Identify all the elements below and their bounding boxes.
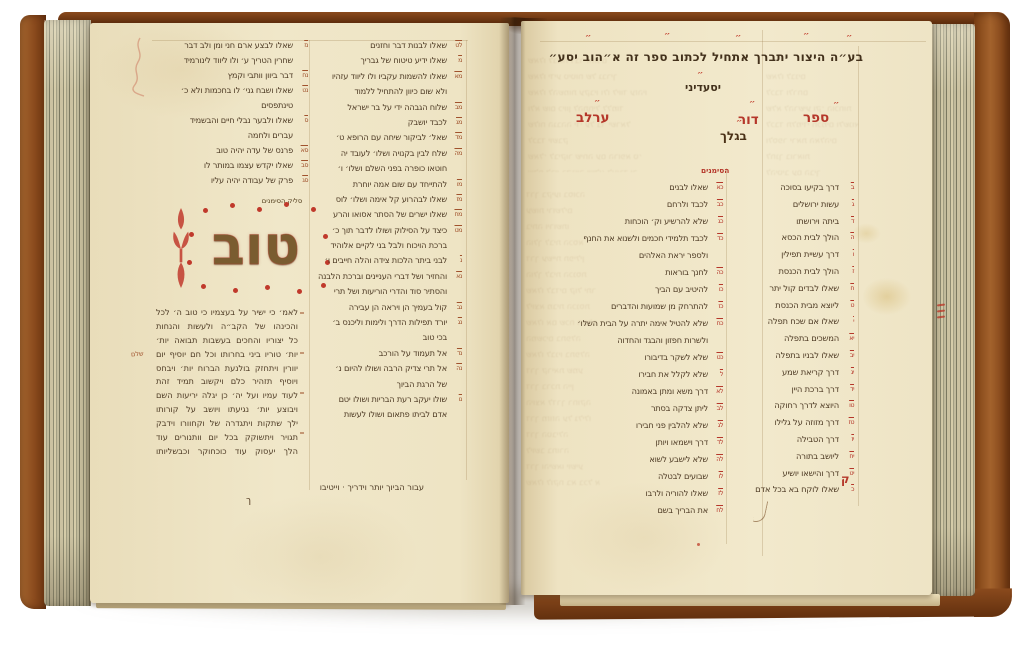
entry-text: פרק של עבודה יהיה עליו <box>211 175 293 185</box>
entry-text: שלוח הגבהה ידי על בר ישראל <box>347 102 447 112</box>
entry-numeral: ב <box>851 183 854 191</box>
entry-text: שאלו לבצע ארם חני ומן ולב דבר <box>184 40 293 50</box>
entry-text: שלא לשקר בדיבורו <box>644 352 708 362</box>
index-entry: לט שאלו לבנות דבר וחזנים <box>312 40 462 55</box>
index-entry: יח ליושב בתורה <box>760 451 854 468</box>
index-entry: כח שלא להטיל אימה יתרה על הבית השלו׳ <box>597 318 723 335</box>
entry-numeral: סב <box>301 161 308 169</box>
ruling-line <box>466 40 467 480</box>
index-entry: נב קול בעמיך הן ויראה הן עבירה <box>312 302 462 317</box>
index-entry: נא והחזיר ושל דברי העניינים וברכת הלבנה <box>312 271 462 286</box>
index-entry: ס שאלו ולבער נבלי חיים והבשמיד <box>156 115 308 130</box>
index-entry: אדם לביתו פתאום ושולו לעשות <box>312 409 462 424</box>
entry-text: שאלו להשמות עקביו ולו ליווד עזהיו <box>332 71 447 81</box>
entry-numeral: כב <box>717 200 723 208</box>
index-entry: מ שאלו ידיע טיטוח של גבריך <box>312 55 462 70</box>
index-entry: והסתיר סוד והדרי הוריעות ושל תרי <box>312 286 462 301</box>
paragraph-line: יות׳ טוריו ביני בחרותו וכל חם יוסיף יום <box>156 348 298 362</box>
index-entry: נה אל תרי צדיק הרבה ושולו להיום נ׳ <box>312 363 462 378</box>
entry-numeral: טו <box>849 401 854 409</box>
leather-cover-left <box>20 15 46 609</box>
index-entry: כז להתרחק מן שמועות והדברים <box>597 301 723 318</box>
entry-text: טינתפסים <box>261 100 293 110</box>
gutter-shadow <box>499 17 527 605</box>
paragraph-line: לאמ׳ כי ישיר על בעצמיו כי טוב ה׳ לכל על <box>156 306 298 320</box>
entry-text: לבני ביתר הלכות צידה והלה חייבים ו׳ <box>325 255 447 265</box>
title-word-below: בגלך <box>720 129 747 143</box>
entry-text: דרך עשיית תפילין <box>781 249 839 259</box>
index-entry: כו להיטיב עם הביך <box>597 284 723 301</box>
index-entry: סג פרק של עבודה יהיה עליו <box>156 175 308 190</box>
index-entry: נט שאלו ושבח גני׳ לו בחכמות ולא כ׳ <box>156 85 308 100</box>
entry-text: שולו יעקב רעת הבריות ושולו יטם <box>339 394 447 404</box>
entry-text: שאלו ושבח גני׳ לו בחכמות ולא כ׳ <box>181 85 293 95</box>
index-entry: נ לבני ביתר הלכות צידה והלה חייבים ו׳ <box>312 255 462 270</box>
end-numeral: ק <box>841 472 849 486</box>
index-entry: ח שאלו לבדים קול יתר <box>760 283 854 300</box>
index-entry: של הרגת הביוך <box>312 379 462 394</box>
entry-text: ולא שום כיוון להתחיל ללמוד <box>354 86 447 96</box>
entry-text: שאלו לבניו בתפלה <box>775 350 839 360</box>
section-label-hasimanim: הסימנים <box>701 166 729 175</box>
left-page-inner-column-list: לט שאלו לבנות דבר וחזנים מ שאלו ידיע טיט… <box>312 40 462 425</box>
index-entry: נג יורד תפילות הדרך ולימות וליכנס ב׳ <box>312 317 462 332</box>
index-entry: נד אל תעמוד על הורכב <box>312 348 462 363</box>
gershayim-mark: ״ <box>736 119 742 127</box>
index-entry: טו היוצא לדרך רחוקה <box>760 400 854 417</box>
entry-text: אל תעמוד על הורכב <box>379 348 447 358</box>
entry-numeral: כג <box>718 217 723 225</box>
entry-text: ולספר יראת האלהים <box>639 250 708 260</box>
entry-numeral: נו <box>459 395 462 403</box>
entry-numeral: כה <box>716 268 723 276</box>
entry-text: כיצד על הסילוק ושולו לדבר תוך כ׳ <box>332 225 447 235</box>
entry-numeral: ג <box>852 200 854 208</box>
entry-numeral: נ <box>460 256 462 264</box>
entry-numeral: מח <box>454 210 462 218</box>
index-entry: נו שולו יעקב רעת הבריות ושולו יטם <box>312 394 462 409</box>
entry-text: שלא להטיל אימה יתרה על הבית השלו׳ <box>577 318 708 328</box>
entry-text: של הרגת הביוך <box>397 379 447 389</box>
entry-text: דרך והישאו יושיע <box>782 468 839 478</box>
index-entry: ה הולך לבית הכסא <box>760 232 854 249</box>
entry-text: יורד תפילות הדרך ולימות וליכנס ב׳ <box>332 317 447 327</box>
entry-text: היוצא לדרך רחוקה <box>774 400 839 410</box>
index-entry: ברכת הויכוח ולבל בני לקיים אלוהיד <box>312 240 462 255</box>
entry-numeral: נז <box>304 41 308 49</box>
title-word-left: ערלב <box>576 110 610 126</box>
entry-numeral: מג <box>456 118 462 126</box>
entry-numeral: מא <box>454 72 462 80</box>
paragraph-line: תגויר ויתשוקק בכל יום וותנורים עוד ביוספ… <box>156 431 298 445</box>
entry-text: שאלו לבדים קול יתר <box>769 283 839 293</box>
page-stack-under-right <box>560 594 940 606</box>
index-entry: סב שאלו יקדש עצמו במותר לו <box>156 160 308 175</box>
index-entry: יז דרך הטבילה <box>760 434 854 451</box>
index-entry: לג שלא להלבין פני חבירו <box>597 420 723 437</box>
entry-text: לחנך בוראות <box>665 267 708 277</box>
index-entry: לו שבועים לבטלה <box>597 471 723 488</box>
entry-numeral: מט <box>455 226 463 234</box>
scribal-invocation-line: בע״ה היצור יתברך אתחיל לכתוב ספר זה א״הו… <box>540 50 872 64</box>
catchword: ך <box>246 495 251 506</box>
gershayim-mark: ״ <box>585 34 591 42</box>
index-entry: שחרין הטריך ע׳ ולו ליווד לינורמיד <box>156 55 308 70</box>
index-entry: נז שאלו לבצע ארם חני ומן ולב דבר <box>156 40 308 55</box>
left-page-outer-column-list: נז שאלו לבצע ארם חני ומן ולב דבר שחרין ה… <box>156 40 308 190</box>
entry-text: פרנס של עדה יהיה טוב <box>216 145 293 155</box>
entry-text: שאלו לבנים <box>669 182 708 192</box>
entry-numeral: מה <box>454 149 462 157</box>
entry-text: שבועים לבטלה <box>658 471 708 481</box>
entry-numeral: כד <box>717 234 723 242</box>
ruling-line <box>540 41 926 42</box>
index-entry: חוטאו כופרה בפני השלם ושלו׳ ו׳ <box>312 163 462 178</box>
entry-text: ברכת הויכוח ולבל בני לקיים אלוהיד <box>331 240 447 250</box>
entry-text: ולשרות חפזון והבגד והחדוה <box>617 335 708 345</box>
index-entry: ל שלא לקלל את חבירו <box>597 369 723 386</box>
entry-numeral: טז <box>849 418 854 426</box>
invocation-second-word: יסעדיני <box>648 81 758 94</box>
entry-text: שאלו לבהרוע קל אימה ושלו׳ לוס <box>336 194 447 204</box>
gershayim-mark: ״ <box>664 32 670 40</box>
index-entry: מח שאלו ישרים של הסתר אסואו והרע <box>312 209 462 224</box>
ruling-line <box>726 168 727 544</box>
index-entry: מו להתייחד עם שום אמה יוחרת <box>312 179 462 194</box>
entry-numeral: כא <box>716 183 723 191</box>
left-page-paragraph: לאמ׳ כי ישיר על בעצמיו כי טוב ה׳ לכל עלו… <box>156 306 298 459</box>
entry-numeral: מב <box>455 103 462 111</box>
entry-text: ביתה וירושתו <box>796 216 839 226</box>
entry-numeral: יב <box>850 351 854 359</box>
entry-numeral: ס <box>304 116 308 124</box>
index-entry: בכי טוב <box>312 332 462 347</box>
entry-text: ליתן צדקה בסתר <box>651 403 708 413</box>
entry-numeral: לג <box>718 421 723 429</box>
index-entry: מא שאלו להשמות עקביו ולו ליווד עזהיו <box>312 71 462 86</box>
red-ornament-dots <box>186 205 189 208</box>
index-entry: יב שאלו לבניו בתפלה <box>760 350 854 367</box>
entry-text: דרך הטבילה <box>797 434 839 444</box>
index-entry: ו דרך עשיית תפילין <box>760 249 854 266</box>
margin-note: שלם <box>131 350 144 359</box>
index-entry: ב דרך בקיעו בסוכה <box>760 182 854 199</box>
entry-numeral: נט <box>302 86 308 94</box>
entry-numeral: כ <box>851 485 854 493</box>
entry-numeral: מ <box>458 56 462 64</box>
ruling-line <box>858 46 859 506</box>
entry-numeral: ה <box>850 233 854 241</box>
leather-cover-right <box>974 13 1010 617</box>
entry-text: לכבד ולרחם <box>667 199 708 209</box>
decorated-initial-box: טוב <box>186 205 326 291</box>
entry-text: את הבריך בשם <box>657 505 708 515</box>
index-entry: סא פרנס של עדה יהיה טוב <box>156 145 308 160</box>
entry-text: להתייחד עם שום אמה יוחרת <box>353 179 447 189</box>
entry-text: בכי טוב <box>423 332 447 342</box>
entry-text: חוטאו כופרה בפני השלם ושלו׳ ו׳ <box>338 163 447 173</box>
entry-numeral: לא <box>716 387 723 395</box>
entry-numeral: כו <box>719 285 723 293</box>
gershayim-mark: ״ <box>749 100 755 108</box>
entry-numeral: לה <box>716 455 723 463</box>
entry-text: שאלו יקדש עצמו במותר לו <box>204 160 293 170</box>
entry-numeral: נג <box>458 318 462 326</box>
entry-numeral: יז <box>851 435 854 443</box>
entry-numeral: נח <box>302 71 308 79</box>
index-entry: ד ביתה וירושתו <box>760 216 854 233</box>
index-entry: כד לכבד תלמידי חכמים ולשנוא את החנף <box>597 233 723 250</box>
index-entry: ז הולך לבית הכנסת <box>760 266 854 283</box>
entry-text: שלא להרשיע וק׳ הוכחות <box>625 216 708 226</box>
index-entry: נח דבר ביוון וותבי וקמץ <box>156 70 308 85</box>
entry-numeral: ד <box>851 217 854 225</box>
index-entry: ט ליוצא מבית הכנסת <box>760 300 854 317</box>
index-entry: י שאלו אם שכח תפלה <box>760 316 854 333</box>
index-entry: יט דרך והישאו יושיע <box>760 468 854 485</box>
index-entry: מז שאלו לבהרוע קל אימה ושלו׳ לוס <box>312 194 462 209</box>
index-entry: טז דרך מזוזה על גלילו <box>760 417 854 434</box>
entry-text: דבר ביוון וותבי וקמץ <box>228 70 293 80</box>
entry-numeral: לד <box>717 438 723 446</box>
entry-text: דרך משא ומתן באמונה <box>632 386 708 396</box>
entry-numeral: ט <box>850 301 854 309</box>
index-entry: טינתפסים <box>156 100 308 115</box>
entry-text: לכבד יושבק <box>408 117 447 127</box>
entry-numeral: ז <box>852 267 854 275</box>
paragraph-line: יוורין ויתחזק בולנעת הברוח יות׳ ויבחס יו… <box>156 362 298 376</box>
entry-text: שאל׳ לביקור שיחה עם הרופא ט׳ <box>336 132 447 142</box>
index-entry: ג עשות ירושלים <box>760 199 854 216</box>
closing-line: עבור הביוך יותר וידריך · וייטיבו <box>232 482 424 492</box>
entry-text: דרך וישמאו ויותן <box>655 437 708 447</box>
manuscript-photo: נז שאלו לבצע ארם חני ומן ולב דבר שחרין ה… <box>0 0 1024 648</box>
gershayim-mark: ״ <box>735 34 741 42</box>
index-entry: מג לכבד יושבק <box>312 117 462 132</box>
entry-numeral: ו <box>853 250 854 258</box>
entry-text: שאלו להוריה ולרבו <box>646 488 708 498</box>
paragraph-line: לעוד עמיו ועל יה׳ כן יגלה יריעות השם <box>156 389 298 403</box>
decorated-initial-word: טוב <box>186 205 326 287</box>
index-entry: ולא שום כיוון להתחיל ללמוד <box>312 86 462 101</box>
index-entry: לה שלא לישבע לשוא <box>597 454 723 471</box>
entry-numeral: י <box>853 317 854 325</box>
entry-numeral: יד <box>850 385 854 393</box>
page-edges-left <box>44 20 91 606</box>
entry-text: אדם לביתו פתאום ושולו לעשות <box>344 409 447 419</box>
index-entry: יד דרך ברכת היין <box>760 384 854 401</box>
entry-text: שאלו ולבער נבלי חיים והבשמיד <box>190 115 293 125</box>
entry-text: להיטיב עם הביך <box>655 284 708 294</box>
gershayim-mark: ״ <box>697 71 703 79</box>
entry-numeral: מו <box>457 180 462 188</box>
entry-numeral: מד <box>455 133 462 141</box>
entry-text: והסתיר סוד והדרי הוריעות ושל תרי <box>334 286 447 296</box>
paragraph-line: הלך יעסוק עוד כוכחוקר וכבשליותו אהרת <box>156 445 298 459</box>
index-entry: כא שאלו לבנים <box>597 182 723 199</box>
index-entry: לז שאלו להוריה ולרבו <box>597 488 723 505</box>
index-entry: מה שלח לבין בקנויה ושלו׳ לעובד יה <box>312 148 462 163</box>
gershayim-mark: ״ <box>803 32 809 40</box>
entry-text: והחזיר ושל דברי העניינים וברכת הלבנה <box>318 271 447 281</box>
entry-text: אל תרי צדיק הרבה ושולו להיום נ׳ <box>335 363 447 373</box>
index-entry: עברים ולחמה <box>156 130 308 145</box>
entry-text: הולך לבית הכסא <box>782 232 839 242</box>
entry-numeral: נד <box>457 349 462 357</box>
entry-numeral: סא <box>301 146 308 154</box>
title-word-sefer: ספר <box>803 110 829 126</box>
entry-numeral: לז <box>718 489 723 497</box>
entry-text: שאלו ידיע טיטוח של גבריך <box>361 55 447 65</box>
gershayim-mark: ״ <box>594 99 600 107</box>
entry-text: שלא להלבין פני חבירו <box>636 420 708 430</box>
entry-text: שלח לבין בקנויה ושלו׳ לעובד יה <box>341 148 447 158</box>
entry-text: עשות ירושלים <box>793 199 839 209</box>
entry-text: עברים ולחמה <box>248 130 293 140</box>
paragraph-line: ויבוצע יות׳ נגיעתו ויושב על קורותו וסתרו… <box>156 403 298 417</box>
paragraph-line: כל יצוריו והחכים בעשבות תבואה יות׳ וההגי… <box>156 334 298 348</box>
index-entry: כה לחנך בוראות <box>597 267 723 284</box>
entry-text: שחרין הטריך ע׳ ולו ליווד לינורמיד <box>184 55 293 65</box>
entry-text: שאלו ישרים של הסתר אסואו והרע <box>333 209 447 219</box>
entry-numeral: יט <box>849 469 854 477</box>
entry-text: שלא לישבע לשוא <box>649 454 708 464</box>
index-entry: כג שלא להרשיע וק׳ הוכחות <box>597 216 723 233</box>
entry-text: שלא לקלל את חבירו <box>638 369 708 379</box>
entry-text: שאלו לוקח בא בכל אדם <box>755 484 839 494</box>
paragraph-line: והכינהו של הקב״ה ולעשות והנחות וההעברות <box>156 320 298 334</box>
entry-numeral: כט <box>716 353 723 361</box>
entry-numeral: לב <box>717 404 723 412</box>
entry-text: דרך קריאת שמע <box>782 367 839 377</box>
index-entry: יא המשכים בתפלה <box>760 333 854 350</box>
entry-numeral: נה <box>456 364 462 372</box>
entry-text: קול בעמיך הן ויראה הן עבירה <box>349 302 447 312</box>
entry-numeral: לט <box>455 41 462 49</box>
margin-tick-marks <box>300 312 304 472</box>
red-ink-dot <box>697 543 700 546</box>
entry-numeral: לח <box>716 506 723 514</box>
index-entry: לח את הבריך בשם <box>597 505 723 522</box>
index-entry: ולשרות חפזון והבגד והחדוה <box>597 335 723 352</box>
fore-edge-marks <box>937 300 945 322</box>
index-entry: כב לכבד ולרחם <box>597 199 723 216</box>
entry-text: דרך בקיעו בסוכה <box>780 182 839 192</box>
index-entry: ולספר יראת האלהים <box>597 250 723 267</box>
entry-text: שאלו לבנות דבר וחזנים <box>370 40 447 50</box>
entry-numeral: ח <box>850 284 854 292</box>
entry-text: דרך מזוזה על גלילו <box>774 417 839 427</box>
index-entry: יג דרך קריאת שמע <box>760 367 854 384</box>
right-page-second-column-list: כא שאלו לבנים כב לכבד ולרחם כג שלא להרשי… <box>597 182 723 522</box>
entry-text: שאלו אם שכח תפלה <box>768 316 839 326</box>
index-entry: מט כיצד על הסילוק ושולו לדבר תוך כ׳ <box>312 225 462 240</box>
index-entry: לא דרך משא ומתן באמונה <box>597 386 723 403</box>
entry-numeral: לו <box>719 472 723 480</box>
entry-numeral: כז <box>718 302 723 310</box>
entry-text: הולך לבית הכנסת <box>778 266 839 276</box>
index-entry: מב שלוח הגבהה ידי על בר ישראל <box>312 102 462 117</box>
entry-numeral: יא <box>849 334 854 342</box>
entry-numeral: נא <box>456 272 462 280</box>
paragraph-line: ילך שתקות ויתגדרה של וקחוורו וידבק בלוהם <box>156 417 298 431</box>
index-entry: מד שאל׳ לביקור שיחה עם הרופא ט׳ <box>312 132 462 147</box>
entry-text: להתרחק מן שמועות והדברים <box>611 301 708 311</box>
entry-text: ליושב בתורה <box>796 451 839 461</box>
entry-text: המשכים בתפלה <box>784 333 839 343</box>
entry-text: דרך ברכת היין <box>791 384 839 394</box>
entry-numeral: ל <box>720 370 723 378</box>
margin-scribble <box>120 34 156 100</box>
fleur-de-lis-icon <box>170 207 192 289</box>
entry-numeral: כח <box>716 319 723 327</box>
index-entry: לב ליתן צדקה בסתר <box>597 403 723 420</box>
index-entry: כ שאלו לוקח בא בכל אדם <box>760 484 854 501</box>
entry-numeral: סג <box>302 176 308 184</box>
index-entry: לד דרך וישמאו ויותן <box>597 437 723 454</box>
entry-text: ליוצא מבית הכנסת <box>775 300 839 310</box>
right-page-first-column-list: ב דרך בקיעו בסוכה ג עשות ירושלים ד ביתה … <box>760 182 854 501</box>
entry-numeral: מז <box>456 195 462 203</box>
entry-numeral: נב <box>457 303 462 311</box>
gershayim-mark: ״ <box>833 101 839 109</box>
entry-numeral: יח <box>849 452 854 460</box>
gershayim-mark: ״ <box>846 34 852 42</box>
index-entry: כט שלא לשקר בדיבורו <box>597 352 723 369</box>
paragraph-line: ויוסיף תזהיר כלם ויקשוב תמיד זהת הברוח <box>156 375 298 389</box>
entry-text: לכבד תלמידי חכמים ולשנוא את החנף <box>583 233 708 243</box>
entry-numeral: יג <box>851 368 854 376</box>
